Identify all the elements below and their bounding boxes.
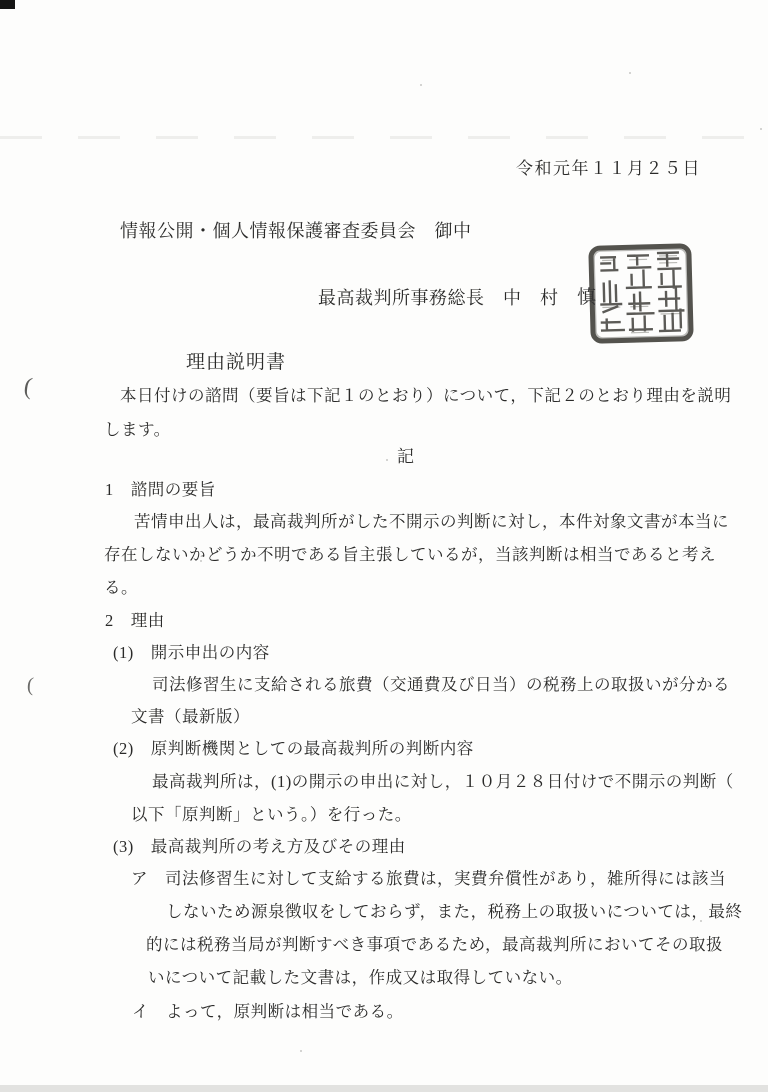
section-1-heading: 1 諮問の要旨	[105, 479, 216, 501]
scan-speck	[629, 72, 631, 74]
item-3-heading: (3) 最高裁判所の考え方及びその理由	[113, 836, 406, 858]
item-3a-line: いについて記載した文書は，作成又は取得していない。	[148, 967, 573, 989]
scan-speck	[760, 128, 762, 130]
intro-line: します。	[104, 419, 171, 441]
section-2-heading: 2 理由	[105, 610, 165, 632]
scan-bottom-edge	[0, 1085, 768, 1092]
item-3a-line: 的には税務当局が判断すべき事項であるため，最高裁判所においてその取扱	[146, 934, 723, 956]
document-date: 令和元年１１月２５日	[516, 158, 701, 180]
scan-speck	[420, 84, 422, 86]
scan-mark-paren-2: (	[26, 674, 34, 697]
item-3i-line: イ よって，原判断は相当である。	[132, 1001, 404, 1023]
addressee-line: 情報公開・個人情報保護審査委員会 御中	[120, 220, 472, 242]
scan-speck	[300, 1050, 302, 1052]
sender-given-name: 慎	[577, 287, 597, 309]
scan-speck	[386, 459, 388, 461]
section-1-line: 存在しないかどうか不明である旨主張しているが，当該判断は相当であると考え	[104, 544, 716, 566]
item-1-line: 司法修習生に支給される旅費（交通費及び日当）の税務上の取扱いが分かる	[152, 674, 730, 696]
item-2-line: 最高裁判所は，(1)の開示の申出に対し，１０月２８日付けで不開示の判断（	[152, 771, 734, 793]
intro-line: 本日付けの諮問（要旨は下記１のとおり）について，下記２のとおり理由を説明	[120, 385, 731, 407]
record-marker: 記	[397, 446, 415, 468]
item-1-heading: (1) 開示申出の内容	[113, 642, 270, 664]
scan-corner-mark	[0, 0, 15, 9]
document-title: 理由説明書	[186, 352, 286, 374]
item-2-line: 以下「原判断」という。）を行った。	[131, 804, 412, 826]
item-1-line: 文書（最新版）	[131, 706, 250, 728]
scanned-document-page: ( ( 令和元年１１月２５日 情報公開・個人情報保護審査委員会 御中 最高裁判所…	[0, 0, 768, 1092]
official-seal-stamp-icon	[587, 242, 696, 346]
section-1-line: 苦情申出人は，最高裁判所がした不開示の判断に対し，本件対象文書が本当に	[134, 511, 729, 533]
item-3a-line: しないため源泉徴収をしておらず，また，税務上の取扱いについては，最終	[166, 901, 742, 923]
section-1-line: る。	[104, 577, 138, 599]
scan-streak	[0, 136, 768, 139]
scan-mark-paren-1: (	[22, 374, 34, 402]
sender-line: 最高裁判所事務総長 中 村	[318, 287, 559, 309]
item-2-heading: (2) 原判断機関としての最高裁判所の判断内容	[113, 738, 474, 760]
item-3a-line: ア 司法修習生に対して支給する旅費は，実費弁償性があり，雑所得には該当	[131, 868, 726, 890]
